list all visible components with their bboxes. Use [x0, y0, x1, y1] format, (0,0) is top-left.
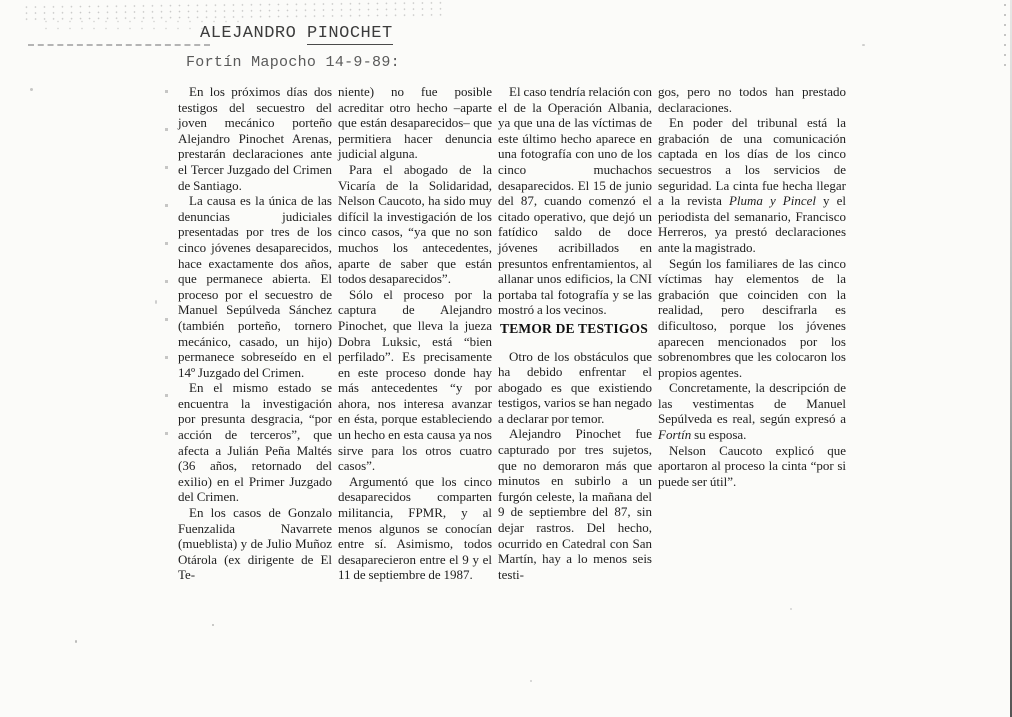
article-column-1: En los próximos días dos testigos del se… — [178, 84, 332, 583]
body-text: su esposa. — [691, 427, 746, 442]
scan-speck — [530, 680, 532, 682]
article-paragraph: Argumentó que los cinco desaparecidos co… — [338, 474, 492, 583]
body-text: La causa es la única de las denuncias ju… — [178, 193, 332, 380]
article-paragraph: En el mismo estado se encuentra la inves… — [178, 380, 332, 505]
body-text: En el mismo estado se encuentra la inves… — [178, 380, 332, 504]
article-paragraph: En los próximos días dos testigos del se… — [178, 84, 332, 193]
article-paragraph: Sólo el proceso por la captura de Alejan… — [338, 287, 492, 474]
scan-noise-right-dots — [1004, 4, 1006, 74]
body-text: En los próximos días dos testigos del se… — [178, 84, 332, 193]
source-dateline: Fortín Mapocho 14-9-89: — [186, 54, 400, 71]
article-column-4: gos, pero no todos han prestado declarac… — [658, 84, 846, 489]
article-column-3: El caso tendría relación con el de la Op… — [498, 84, 652, 582]
scan-speck — [212, 624, 214, 626]
article-column-2: niente) no fue posible acreditar otro he… — [338, 84, 492, 583]
scan-noise-dotted-line — [28, 44, 210, 46]
body-text: gos, pero no todos han prestado declarac… — [658, 84, 846, 115]
body-text: Sólo el proceso por la captura de Alejan… — [338, 287, 492, 474]
article-paragraph: En poder del tribunal está la grabación … — [658, 115, 846, 255]
article-paragraph: Alejandro Pinochet fue capturado por tre… — [498, 426, 652, 582]
body-text: Nelson Caucoto explicó que aportaron al … — [658, 443, 846, 489]
body-text: niente) no fue posible acreditar otro he… — [338, 84, 492, 161]
article-paragraph: La causa es la única de las denuncias ju… — [178, 193, 332, 380]
body-text: Según los familiares de las cinco víctim… — [658, 256, 846, 380]
page-title-underlined: PINOCHET — [307, 24, 393, 45]
scanned-newspaper-clipping: ALEJANDRO PINOCHET Fortín Mapocho 14-9-8… — [0, 0, 1012, 717]
body-text: Otro de los obstáculos que ha debido enf… — [498, 349, 652, 426]
body-text: Concretamente, la descripción de las ves… — [658, 380, 846, 426]
page-title-plain: ALEJANDRO — [200, 24, 307, 43]
section-heading: TEMOR DE TESTIGOS — [500, 321, 652, 337]
article-paragraph: En los casos de Gonzalo Fuenzalida Navar… — [178, 505, 332, 583]
article-paragraph: El caso tendría relación con el de la Op… — [498, 84, 652, 318]
article-paragraph: niente) no fue posible acreditar otro he… — [338, 84, 492, 162]
article-paragraph: Según los familiares de las cinco víctim… — [658, 256, 846, 381]
article-paragraph: Concretamente, la descripción de las ves… — [658, 380, 846, 442]
body-text: Alejandro Pinochet fue capturado por tre… — [498, 426, 652, 581]
article-paragraph: gos, pero no todos han prestado declarac… — [658, 84, 846, 115]
scan-speck — [862, 44, 865, 46]
body-text: El caso tendría relación con el de la Op… — [498, 84, 652, 317]
page-title: ALEJANDRO PINOCHET — [200, 24, 393, 43]
scan-noise-left-ticks — [165, 90, 168, 470]
article-paragraph: Para el abogado de la Vicaría de la Soli… — [338, 162, 492, 287]
article-paragraph: Nelson Caucoto explicó que aportaron al … — [658, 443, 846, 490]
body-text: En los casos de Gonzalo Fuenzalida Navar… — [178, 505, 332, 582]
scan-speck — [75, 640, 77, 643]
body-text: Para el abogado de la Vicaría de la Soli… — [338, 162, 492, 286]
article-paragraph: Otro de los obstáculos que ha debido enf… — [498, 349, 652, 427]
scan-speck — [155, 300, 157, 304]
body-text: Argumentó que los cinco desaparecidos co… — [338, 474, 492, 583]
scan-speck — [790, 608, 792, 610]
italic-text: Pluma y Pincel — [729, 193, 816, 208]
scan-speck — [30, 88, 33, 91]
italic-text: Fortín — [658, 427, 691, 442]
